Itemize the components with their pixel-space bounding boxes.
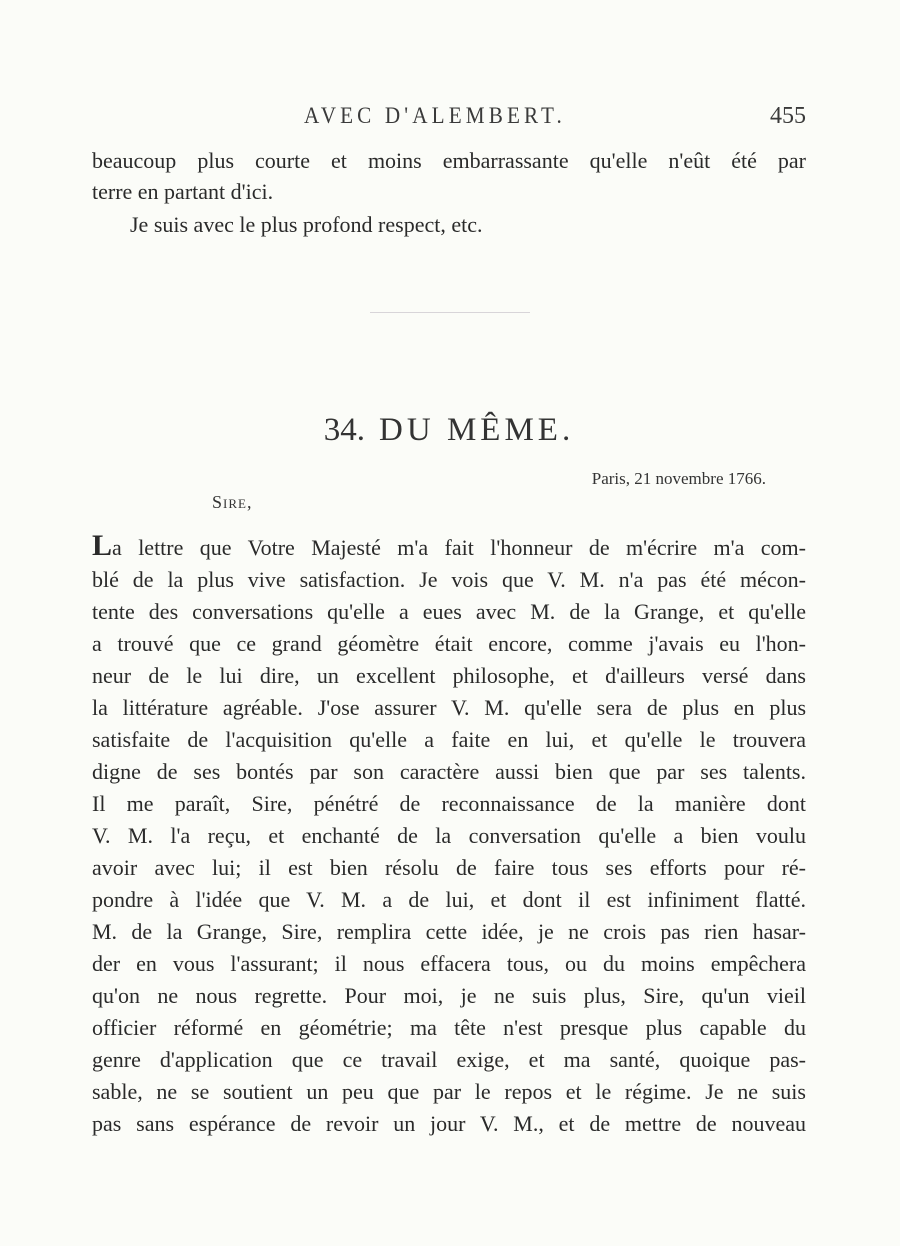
paragraph-line: La lettre que Votre Majesté m'a fait l'h… bbox=[92, 533, 806, 563]
paragraph-line: a trouvé que ce grand géomètre était enc… bbox=[92, 629, 806, 659]
paragraph-line: Il me paraît, Sire, pénétré de reconnais… bbox=[92, 789, 806, 819]
paragraph-line: la littérature agréable. J'ose assurer V… bbox=[92, 693, 806, 723]
drop-cap: L bbox=[92, 529, 112, 562]
paragraph-line: pas sans espérance de revoir un jour V. … bbox=[92, 1109, 806, 1139]
closing-line: Je suis avec le plus profond respect, et… bbox=[92, 210, 806, 240]
section-separator bbox=[370, 312, 530, 313]
paragraph-line: tente des conversations qu'elle a eues a… bbox=[92, 597, 806, 627]
paragraph-line: digne de ses bontés par son caractère au… bbox=[92, 757, 806, 787]
dateline: Paris, 21 novembre 1766. bbox=[592, 469, 766, 489]
paragraph-line: beaucoup plus courte et moins embarrassa… bbox=[92, 146, 806, 176]
paragraph-line: sable, ne se soutient un peu que par le … bbox=[92, 1077, 806, 1107]
paragraph-line: officier réformé en géométrie; ma tête n… bbox=[92, 1013, 806, 1043]
running-head: AVEC D'ALEMBERT. 455 bbox=[92, 103, 806, 133]
first-line-text: a lettre que Votre Majesté m'a fait l'ho… bbox=[112, 535, 806, 560]
letter-heading: 34.DU MÊME. bbox=[92, 412, 806, 449]
letter-number: 34. bbox=[324, 412, 365, 448]
paragraph-line: V. M. l'a reçu, et enchanté de la conver… bbox=[92, 821, 806, 851]
paragraph-line: der en vous l'assurant; il nous effacera… bbox=[92, 949, 806, 979]
page-number: 455 bbox=[770, 103, 806, 130]
paragraph-line: terre en partant d'ici. bbox=[92, 177, 806, 207]
salutation: Sire, bbox=[212, 492, 252, 513]
paragraph-line: neur de le lui dire, un excellent philos… bbox=[92, 661, 806, 691]
letter-title: DU MÊME. bbox=[379, 412, 574, 448]
paragraph-line: avoir avec lui; il est bien résolu de fa… bbox=[92, 853, 806, 883]
paragraph-line: satisfaite de l'acquisition qu'elle a fa… bbox=[92, 725, 806, 755]
paragraph-line: pondre à l'idée que V. M. a de lui, et d… bbox=[92, 885, 806, 915]
paragraph-line: blé de la plus vive satisfaction. Je voi… bbox=[92, 565, 806, 595]
paragraph-line: M. de la Grange, Sire, remplira cette id… bbox=[92, 917, 806, 947]
paragraph-line: genre d'application que ce travail exige… bbox=[92, 1045, 806, 1075]
paragraph-line: qu'on ne nous regrette. Pour moi, je ne … bbox=[92, 981, 806, 1011]
running-title: AVEC D'ALEMBERT. bbox=[304, 103, 566, 129]
